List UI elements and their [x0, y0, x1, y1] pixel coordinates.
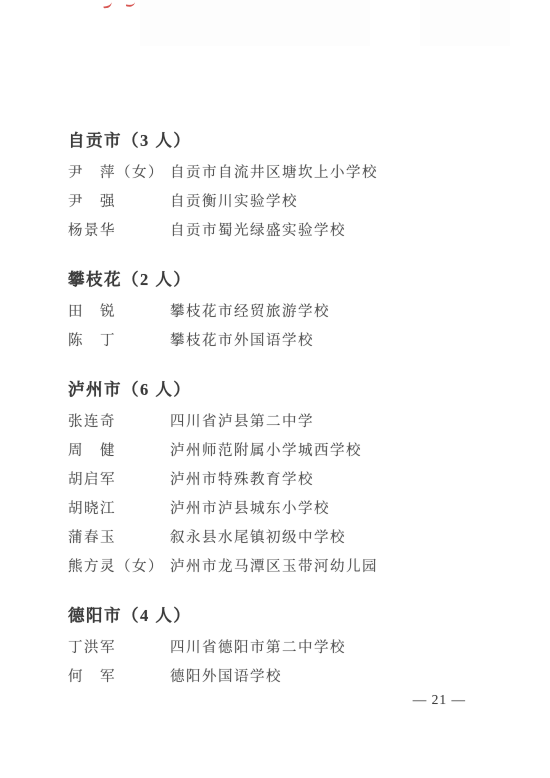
- person-name: 陈 丁: [68, 327, 170, 356]
- person-row: 杨景华 自贡市蜀光绿盛实验学校: [68, 217, 514, 246]
- person-school: 攀枝花市外国语学校: [170, 327, 514, 356]
- person-name: 丁洪军: [68, 634, 170, 663]
- person-school: 泸州市特殊教育学校: [170, 466, 514, 495]
- person-row: 尹 强 自贡衡川实验学校: [68, 188, 514, 217]
- person-name: 田 锐: [68, 298, 170, 327]
- city-rows: 尹 萍（女） 自贡市自流井区塘坎上小学校 尹 强 自贡衡川实验学校 杨景华 自贡…: [68, 159, 514, 246]
- person-school: 攀枝花市经贸旅游学校: [170, 298, 514, 327]
- red-artifact-mark: [103, 0, 113, 8]
- city-section: 泸州市（6 人） 张连奇 四川省泸县第二中学 周 健 泸州师范附属小学城西学校 …: [68, 379, 514, 582]
- person-row: 丁洪军 四川省德阳市第二中学校: [68, 634, 514, 663]
- person-row: 田 锐 攀枝花市经贸旅游学校: [68, 298, 514, 327]
- person-school: 四川省德阳市第二中学校: [170, 634, 514, 663]
- person-name: 胡晓江: [68, 495, 170, 524]
- roster-content: 自贡市（3 人） 尹 萍（女） 自贡市自流井区塘坎上小学校 尹 强 自贡衡川实验…: [68, 130, 514, 715]
- city-rows: 张连奇 四川省泸县第二中学 周 健 泸州师范附属小学城西学校 胡启军 泸州市特殊…: [68, 408, 514, 582]
- city-section: 攀枝花（2 人） 田 锐 攀枝花市经贸旅游学校 陈 丁 攀枝花市外国语学校: [68, 269, 514, 356]
- person-name: 尹 萍（女）: [68, 159, 170, 188]
- person-name: 尹 强: [68, 188, 170, 217]
- person-school: 自贡市自流井区塘坎上小学校: [170, 159, 514, 188]
- person-name: 何 军: [68, 663, 170, 692]
- person-school: 自贡衡川实验学校: [170, 188, 514, 217]
- person-school: 泸州市泸县城东小学校: [170, 495, 514, 524]
- person-row: 尹 萍（女） 自贡市自流井区塘坎上小学校: [68, 159, 514, 188]
- person-row: 胡晓江 泸州市泸县城东小学校: [68, 495, 514, 524]
- person-row: 何 军 德阳外国语学校: [68, 663, 514, 692]
- person-name: 杨景华: [68, 217, 170, 246]
- person-school: 德阳外国语学校: [170, 663, 514, 692]
- page-number: — 21 —: [413, 692, 466, 708]
- person-name: 熊方灵（女）: [68, 553, 170, 582]
- document-page: 自贡市（3 人） 尹 萍（女） 自贡市自流井区塘坎上小学校 尹 强 自贡衡川实验…: [0, 0, 550, 778]
- city-section: 德阳市（4 人） 丁洪军 四川省德阳市第二中学校 何 军 德阳外国语学校: [68, 605, 514, 692]
- city-rows: 田 锐 攀枝花市经贸旅游学校 陈 丁 攀枝花市外国语学校: [68, 298, 514, 356]
- person-school: 自贡市蜀光绿盛实验学校: [170, 217, 514, 246]
- person-row: 熊方灵（女） 泸州市龙马潭区玉带河幼儿园: [68, 553, 514, 582]
- city-header: 攀枝花（2 人）: [68, 269, 514, 291]
- person-name: 胡启军: [68, 466, 170, 495]
- person-name: 蒲春玉: [68, 524, 170, 553]
- person-name: 张连奇: [68, 408, 170, 437]
- person-row: 蒲春玉 叙永县水尾镇初级中学校: [68, 524, 514, 553]
- person-row: 陈 丁 攀枝花市外国语学校: [68, 327, 514, 356]
- red-artifact-mark: [126, 0, 136, 7]
- city-section: 自贡市（3 人） 尹 萍（女） 自贡市自流井区塘坎上小学校 尹 强 自贡衡川实验…: [68, 130, 514, 246]
- city-rows: 丁洪军 四川省德阳市第二中学校 何 军 德阳外国语学校: [68, 634, 514, 692]
- person-school: 泸州师范附属小学城西学校: [170, 437, 514, 466]
- person-school: 叙永县水尾镇初级中学校: [170, 524, 514, 553]
- person-row: 胡启军 泸州市特殊教育学校: [68, 466, 514, 495]
- city-header: 德阳市（4 人）: [68, 605, 514, 627]
- city-header: 泸州市（6 人）: [68, 379, 514, 401]
- city-header: 自贡市（3 人）: [68, 130, 514, 152]
- scan-texture: [0, 0, 550, 46]
- person-name: 周 健: [68, 437, 170, 466]
- person-row: 张连奇 四川省泸县第二中学: [68, 408, 514, 437]
- person-row: 周 健 泸州师范附属小学城西学校: [68, 437, 514, 466]
- person-school: 泸州市龙马潭区玉带河幼儿园: [170, 553, 514, 582]
- person-school: 四川省泸县第二中学: [170, 408, 514, 437]
